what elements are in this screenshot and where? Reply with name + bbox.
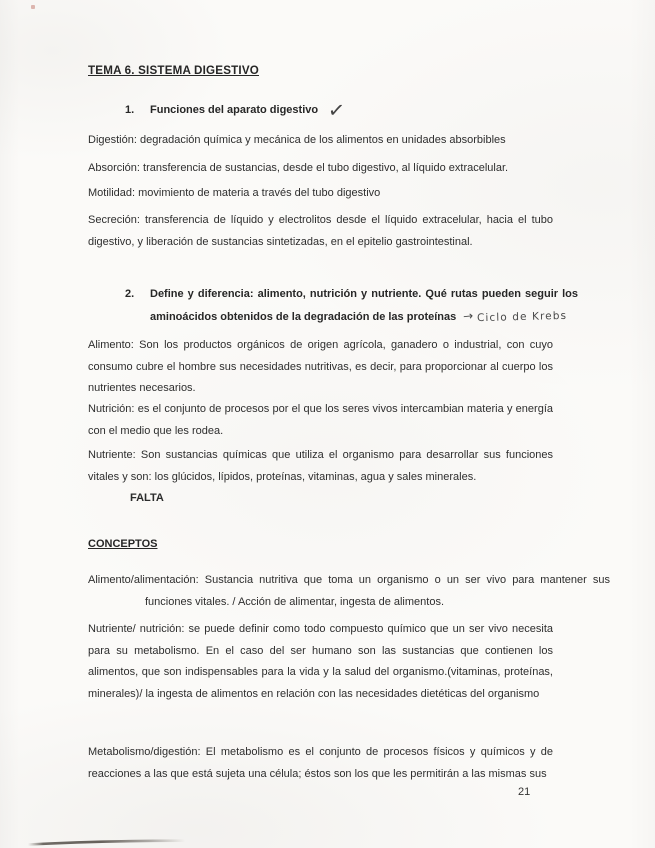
definition-nutriente: Nutriente: Son sustancias químicas que u… bbox=[88, 445, 553, 488]
concepto-alimento-alimentacion: Alimento/alimentación: Sustancia nutriti… bbox=[88, 570, 610, 613]
question-1: 1.Funciones del aparato digestivo✓ bbox=[125, 99, 570, 121]
page-number: 21 bbox=[518, 786, 530, 798]
falta-note: FALTA bbox=[130, 492, 164, 504]
check-icon: ✓ bbox=[327, 102, 345, 118]
page-title: TEMA 6. SISTEMA DIGESTIVO bbox=[88, 64, 259, 77]
definition-absorcion: Absorción: transferencia de sustancias, … bbox=[88, 158, 553, 180]
handwritten-arrow-icon: → bbox=[462, 304, 475, 327]
question-2: 2.Define y diferencia: alimento, nutrici… bbox=[125, 283, 578, 328]
question-2-number: 2. bbox=[125, 283, 150, 305]
question-1-text: Funciones del aparato digestivo bbox=[150, 104, 318, 116]
conceptos-heading: CONCEPTOS bbox=[88, 538, 157, 550]
concepto-nutriente-nutricion: Nutriente/ nutrición: se puede definir c… bbox=[88, 619, 553, 705]
concepto-metabolismo-digestion: Metabolismo/digestión: El metabolismo es… bbox=[88, 742, 553, 785]
definition-nutricion: Nutrición: es el conjunto de procesos po… bbox=[88, 399, 553, 442]
definition-digestion: Digestión: degradación química y mecánic… bbox=[88, 130, 553, 152]
handwritten-note: Ciclo de Krebs bbox=[477, 305, 568, 329]
scan-artifact-dot bbox=[31, 5, 35, 9]
question-1-number: 1. bbox=[125, 99, 150, 121]
definition-motilidad: Motilidad: movimiento de materia a travé… bbox=[88, 183, 553, 205]
scanned-document-page: TEMA 6. SISTEMA DIGESTIVO 1.Funciones de… bbox=[0, 0, 655, 848]
scan-edge-shadow bbox=[0, 828, 655, 848]
definition-alimento: Alimento: Son los productos orgánicos de… bbox=[88, 335, 553, 400]
definition-secrecion: Secreción: transferencia de líquido y el… bbox=[88, 210, 553, 253]
